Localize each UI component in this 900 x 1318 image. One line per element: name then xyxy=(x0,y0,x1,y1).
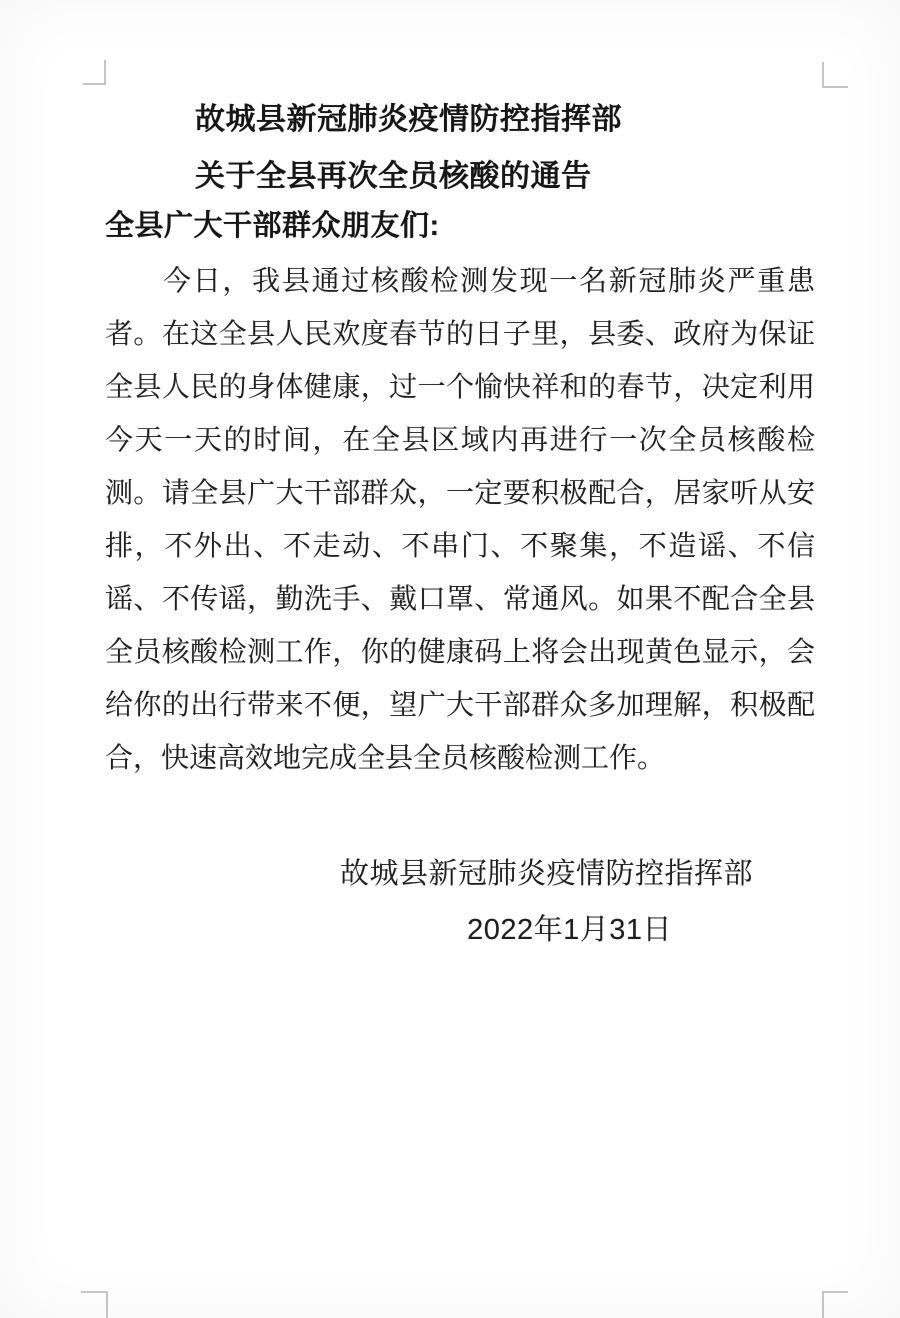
margin-crop-mark-top-right-icon xyxy=(822,62,848,88)
notice-body-paragraph: 今日，我县通过核酸检测发现一名新冠肺炎严重患者。在这全县人民欢度春节的日子里，县… xyxy=(105,254,815,784)
issue-date: 2022年1月31日 xyxy=(467,907,672,948)
document-page: 故城县新冠肺炎疫情防控指挥部 关于全县再次全员核酸的通告 全县广大干部群众朋友们… xyxy=(0,0,900,1318)
notice-title-line2: 关于全县再次全员核酸的通告 xyxy=(195,151,592,195)
notice-content: 故城县新冠肺炎疫情防控指挥部 关于全县再次全员核酸的通告 全县广大干部群众朋友们… xyxy=(105,0,815,1318)
margin-crop-mark-top-left-icon xyxy=(83,60,106,85)
issuer-signature: 故城县新冠肺炎疫情防控指挥部 xyxy=(340,851,753,892)
notice-title-line1: 故城县新冠肺炎疫情防控指挥部 xyxy=(195,94,622,138)
margin-crop-mark-bottom-left-icon xyxy=(81,1291,108,1318)
notice-salutation: 全县广大干部群众朋友们: xyxy=(105,203,440,244)
margin-crop-mark-bottom-right-icon xyxy=(822,1291,848,1318)
